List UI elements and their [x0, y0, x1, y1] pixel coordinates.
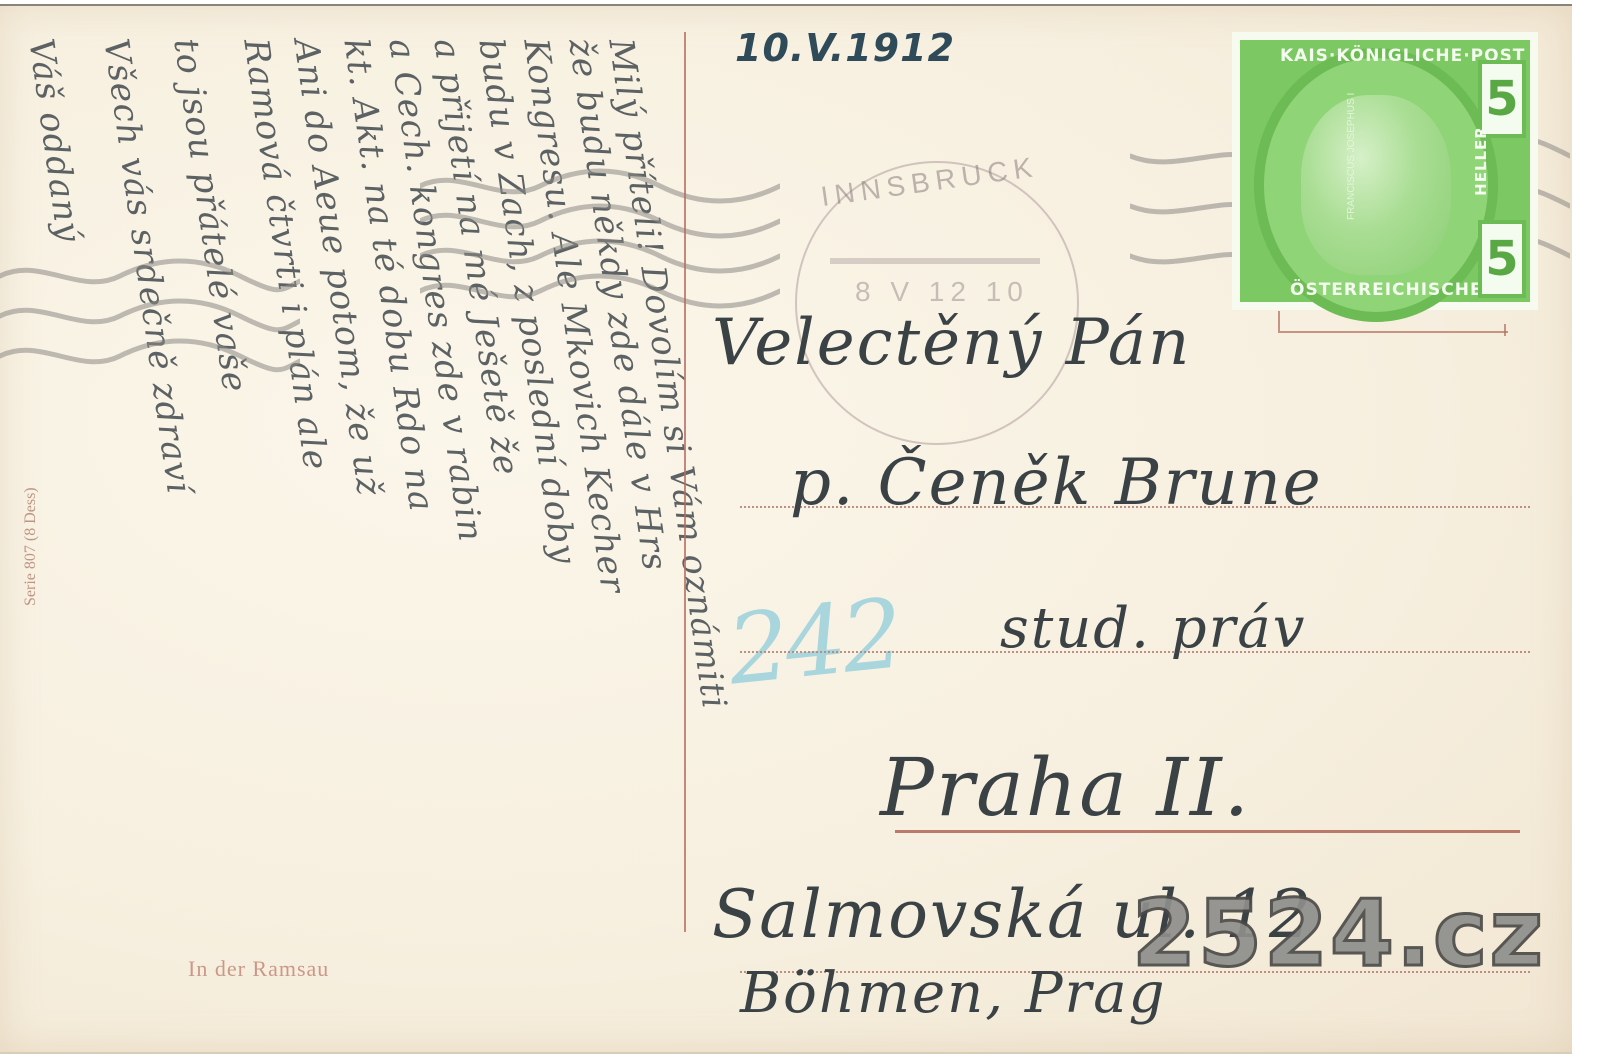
address-city: Praha II. [880, 741, 1251, 834]
postmark-bar [830, 258, 1040, 264]
stamp-legend-bottom: ÖSTERREICHISCHE [1290, 280, 1483, 300]
date-note: 10.V.1912 [735, 26, 955, 70]
publisher-caption: In der Ramsau [188, 956, 329, 982]
stamp-placement-mark [1504, 324, 1508, 336]
message-line: Váš oddaný [20, 36, 88, 245]
postmark-date: 8 V 12 10 [855, 276, 1029, 308]
cancellation-waves-icon [0, 236, 300, 416]
stamp-unit: HELLER [1472, 126, 1490, 196]
address-title: stud. práv [1000, 596, 1306, 661]
stamp-body: KAIS·KÖNIGLICHE·POST ÖSTERREICHISCHE 5 H… [1240, 40, 1530, 302]
address-salutation: Velectěný Pán [712, 306, 1191, 380]
address-country: Böhmen, Prag [740, 961, 1167, 1026]
stamp-portrait-caption: FRANCISCUS JOSEPHUS I [1346, 93, 1357, 220]
pencil-note: 242 [723, 577, 905, 706]
series-text: Serie 807 (8 Dess) [22, 487, 40, 606]
stamp-value-bottom: 5 [1478, 220, 1526, 298]
divider-line [684, 32, 686, 932]
emperor-portrait-icon [1301, 95, 1451, 275]
postage-stamp: KAIS·KÖNIGLICHE·POST ÖSTERREICHISCHE 5 H… [1232, 32, 1538, 310]
stamp-placement-mark [1278, 311, 1508, 333]
address-name: p. Čeněk Brune [790, 446, 1323, 520]
watermark: 2524.cz [1132, 880, 1545, 987]
